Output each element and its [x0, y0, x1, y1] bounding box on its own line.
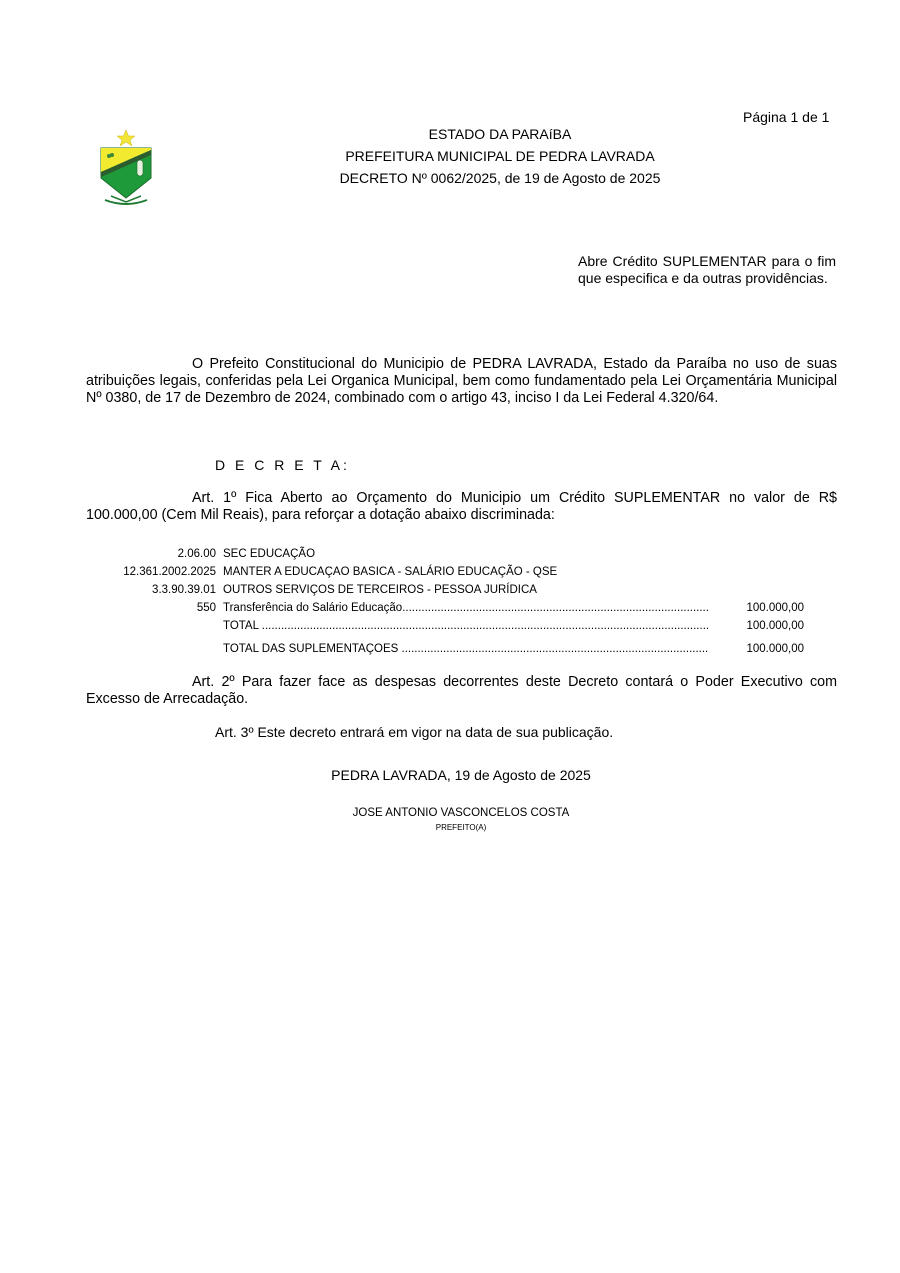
preamble-paragraph: O Prefeito Constitucional do Municipio d…	[86, 356, 837, 407]
allocation-description: MANTER A EDUCAÇAO BASICA - SALÁRIO EDUCA…	[223, 566, 557, 578]
allocation-description: SEC EDUCAÇÃO	[223, 548, 315, 560]
article-2: Art. 2º Para fazer face as despesas deco…	[86, 674, 837, 708]
signer-role: PREFEITO(A)	[250, 823, 672, 832]
article-1: Art. 1º Fica Aberto ao Orçamento do Muni…	[86, 490, 837, 524]
article-3: Art. 3º Este decreto entrará em vigor na…	[215, 724, 613, 740]
header-municipality: PREFEITURA MUNICIPAL DE PEDRA LAVRADA	[250, 148, 750, 164]
municipal-coat-of-arms-icon	[97, 130, 155, 208]
header-state: ESTADO DA PARAíBA	[250, 126, 750, 142]
grand-total-label: TOTAL DAS SUPLEMENTAÇÕES ...............…	[223, 643, 708, 655]
city-date: PEDRA LAVRADA, 19 de Agosto de 2025	[250, 767, 672, 783]
allocation-code: 12.361.2002.2025	[86, 566, 216, 578]
ementa: Abre Crédito SUPLEMENTAR para o fim que …	[578, 253, 836, 287]
signer-name: JOSE ANTONIO VASCONCELOS COSTA	[250, 807, 672, 819]
decreta-heading: D E C R E T A:	[215, 457, 350, 473]
total-label: TOTAL ..................................…	[223, 620, 708, 632]
allocation-code: 3.3.90.39.01	[86, 584, 216, 596]
source-value: 100.000,00	[710, 602, 804, 614]
decree-title: DECRETO Nº 0062/2025, de 19 de Agosto de…	[250, 170, 750, 186]
source-code: 550	[86, 602, 216, 614]
source-description: Transferência do Salário Educação.......…	[223, 602, 708, 614]
total-value: 100.000,00	[710, 620, 804, 632]
grand-total-value: 100.000,00	[710, 643, 804, 655]
allocation-description: OUTROS SERVIÇOS DE TERCEIROS - PESSOA JU…	[223, 584, 537, 596]
page-indicator: Página 1 de 1	[743, 109, 829, 125]
allocation-code: 2.06.00	[86, 548, 216, 560]
